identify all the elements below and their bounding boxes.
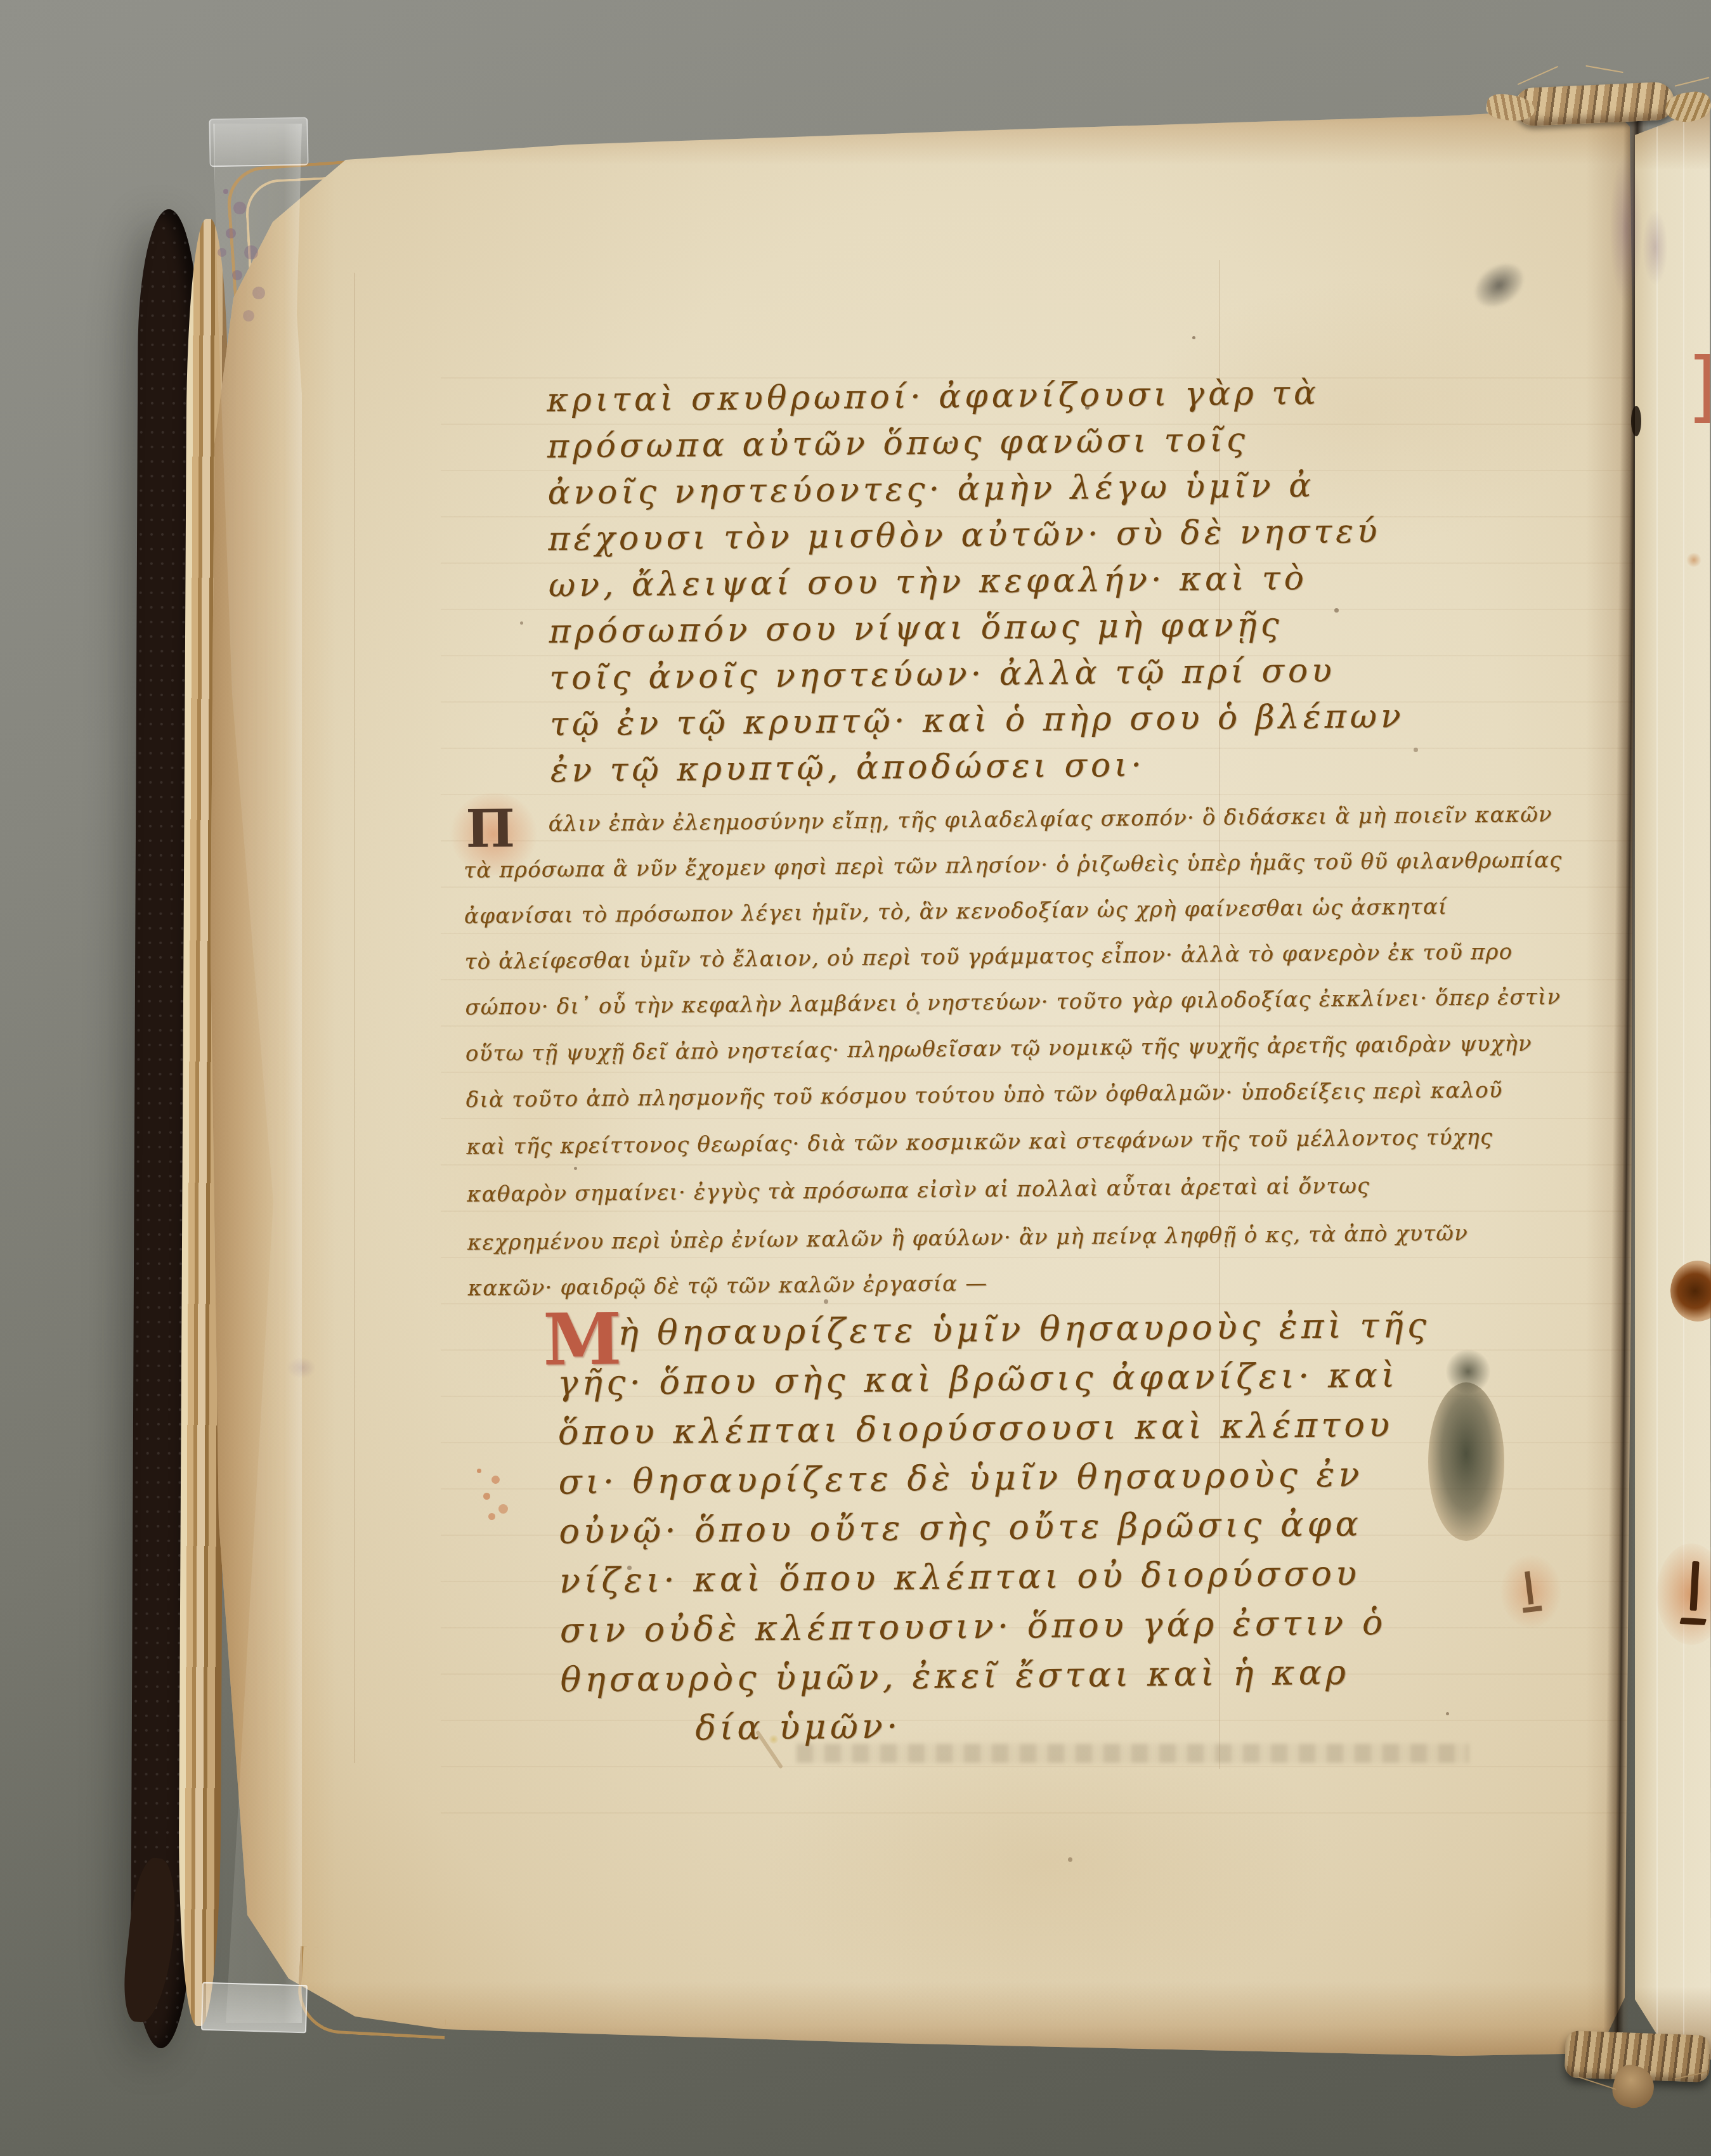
sewing-hole (1631, 406, 1641, 436)
rust-flecks (477, 1469, 481, 1473)
manuscript-photograph: Π Μ κριταὶ σκυθρωποί· ἀφανίζουσι γὰρ τὰ … (0, 0, 1711, 2156)
film-fold-over-top-edge (209, 117, 308, 167)
facing-page-edge: Μ (1635, 100, 1711, 2063)
olive-stain (1428, 1382, 1504, 1541)
ruling-lines (441, 377, 1652, 1855)
page-crease (1683, 100, 1684, 2063)
film-tail-below-page (201, 1982, 308, 2034)
ink-offset-ghost (797, 1744, 1469, 1763)
manuscript-page (190, 89, 1643, 2070)
headband-cord (1514, 82, 1675, 127)
under-leaf-corner (296, 1946, 450, 2039)
purple-stain (287, 1357, 316, 1379)
purple-stain-gutter (1610, 152, 1643, 304)
olive-stain-small (1446, 1349, 1490, 1394)
vertical-ruling (1219, 260, 1220, 1769)
yellow-fleck (769, 1735, 779, 1744)
ink-specks (949, 441, 953, 444)
quire-mark (1680, 1561, 1708, 1625)
orange-fleck (1686, 553, 1702, 567)
vertical-ruling (354, 273, 355, 1763)
facing-page-partial-initial: Μ (1691, 342, 1711, 450)
purple-stain-gutter (1643, 209, 1668, 285)
purple-mold-stains (223, 189, 228, 194)
page-crease (1656, 100, 1658, 2063)
